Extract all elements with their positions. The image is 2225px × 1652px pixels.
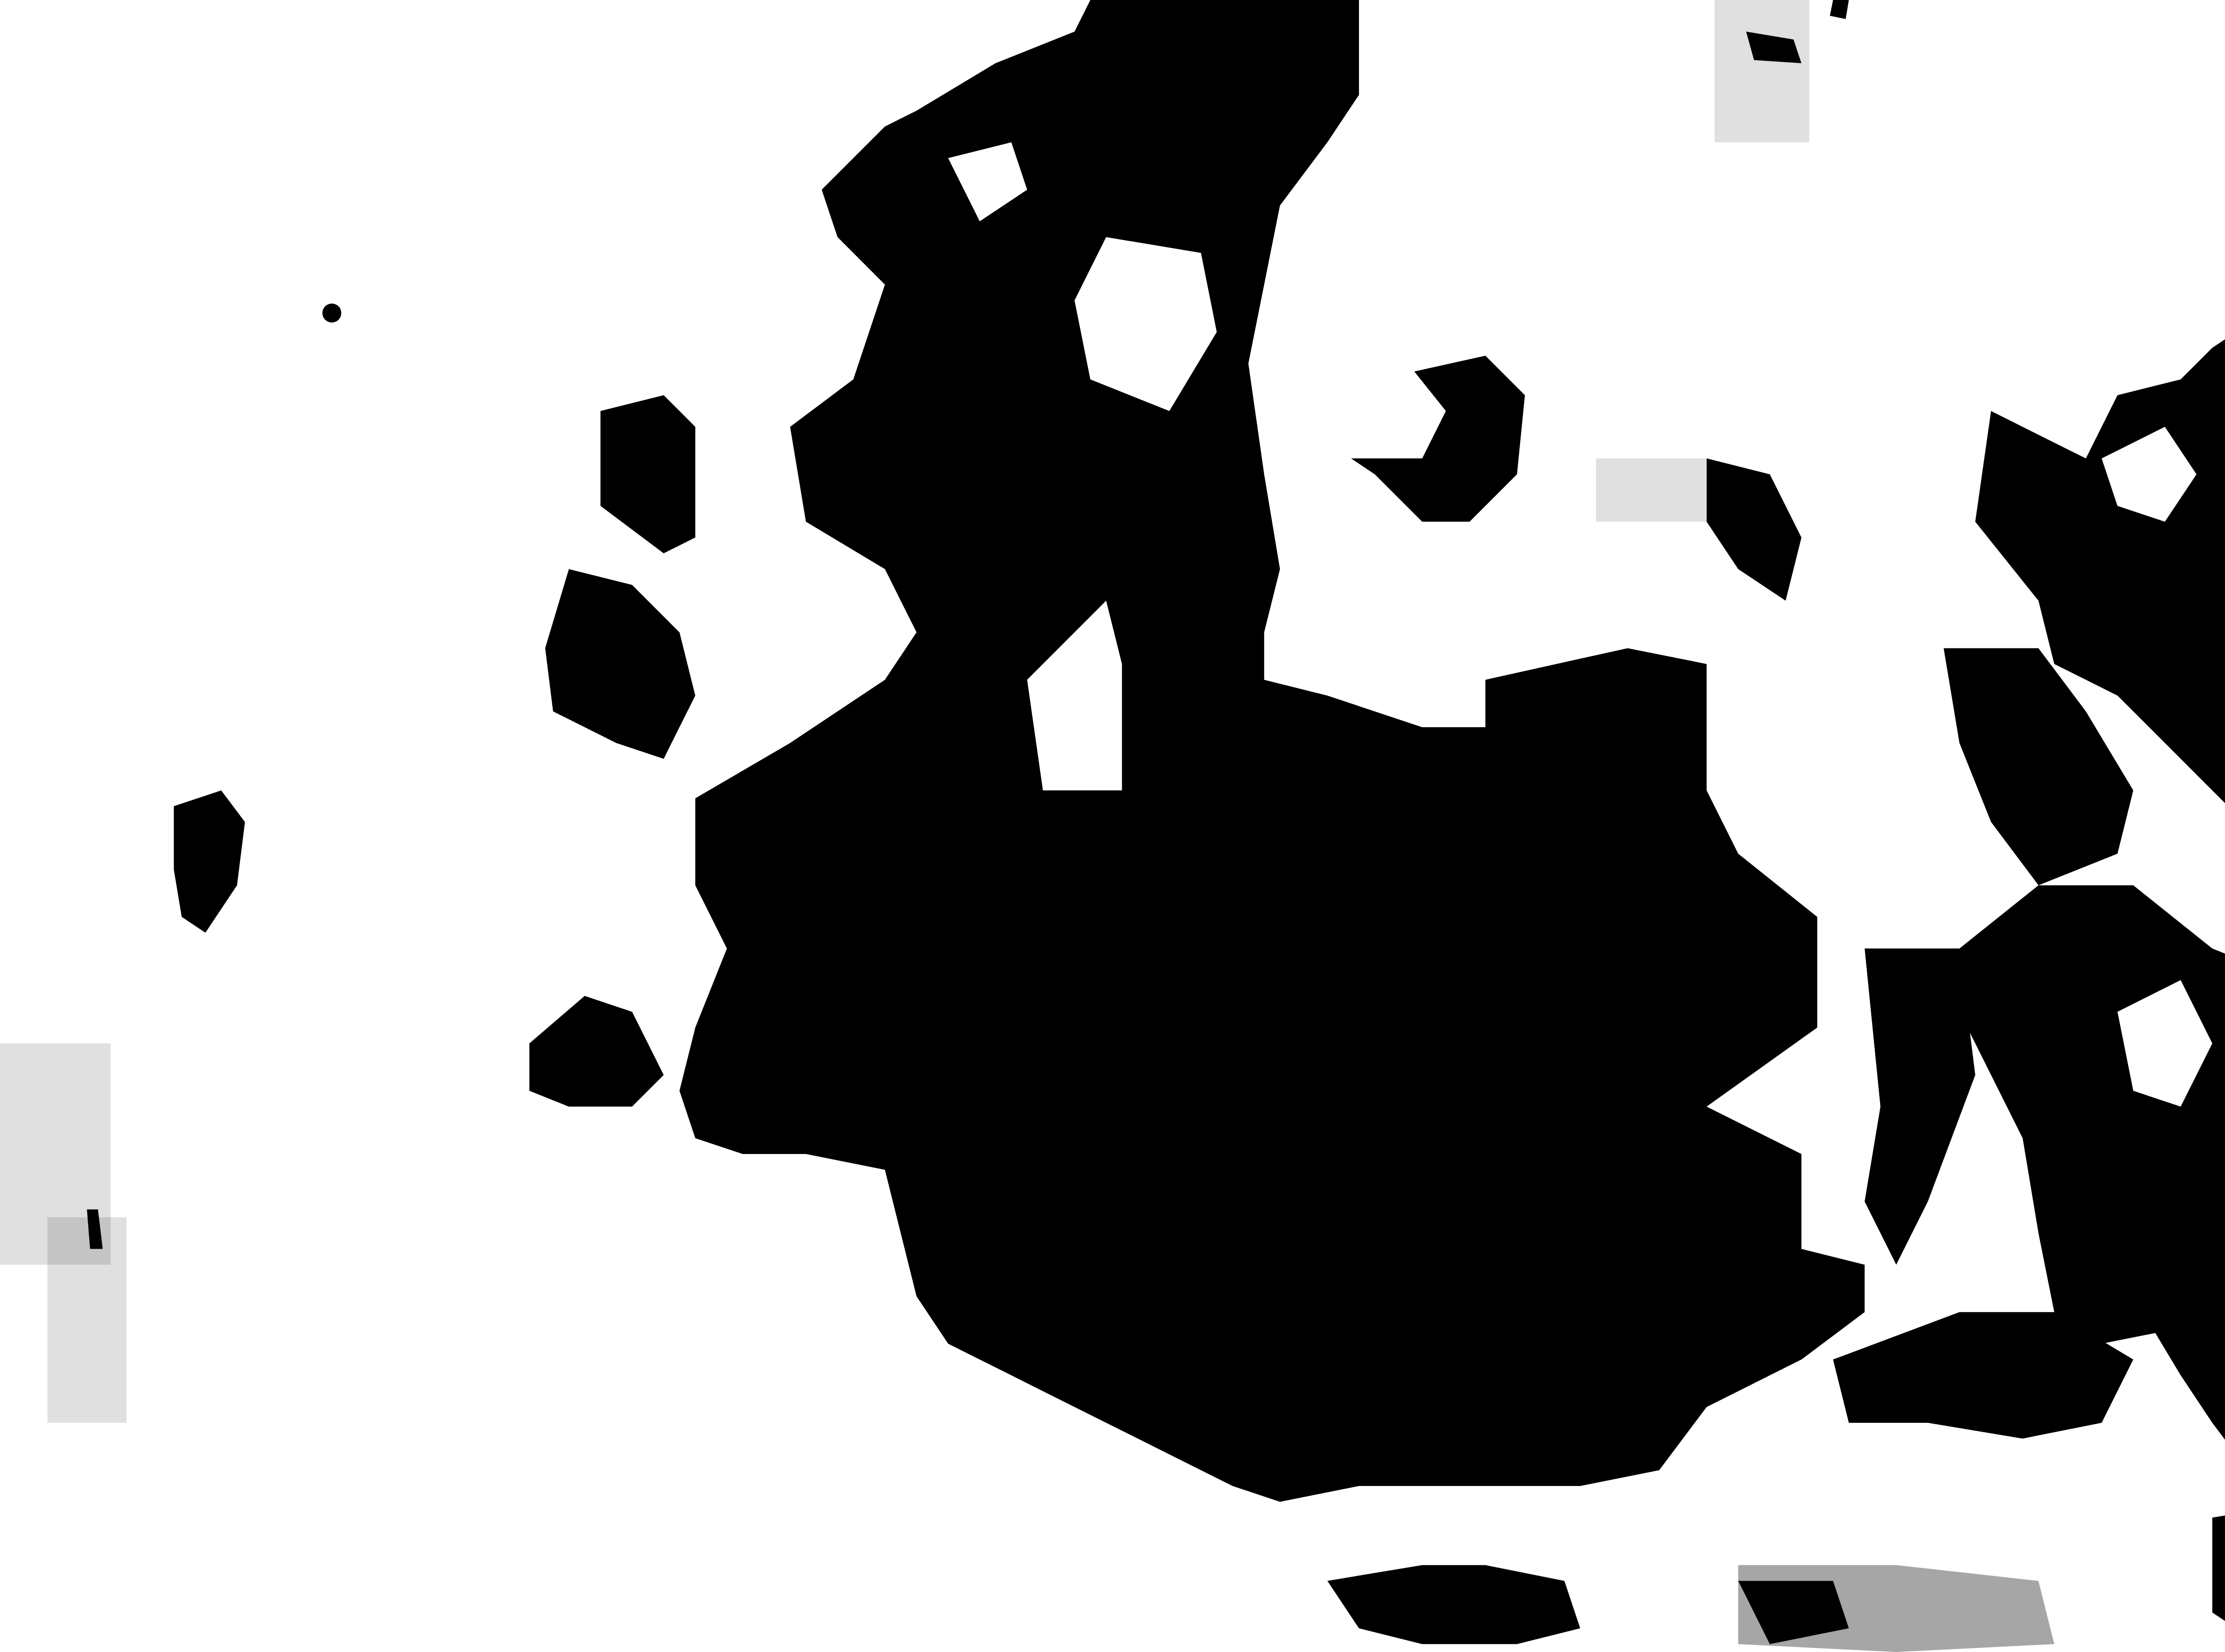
cloud-mask-image — [0, 0, 2225, 1652]
